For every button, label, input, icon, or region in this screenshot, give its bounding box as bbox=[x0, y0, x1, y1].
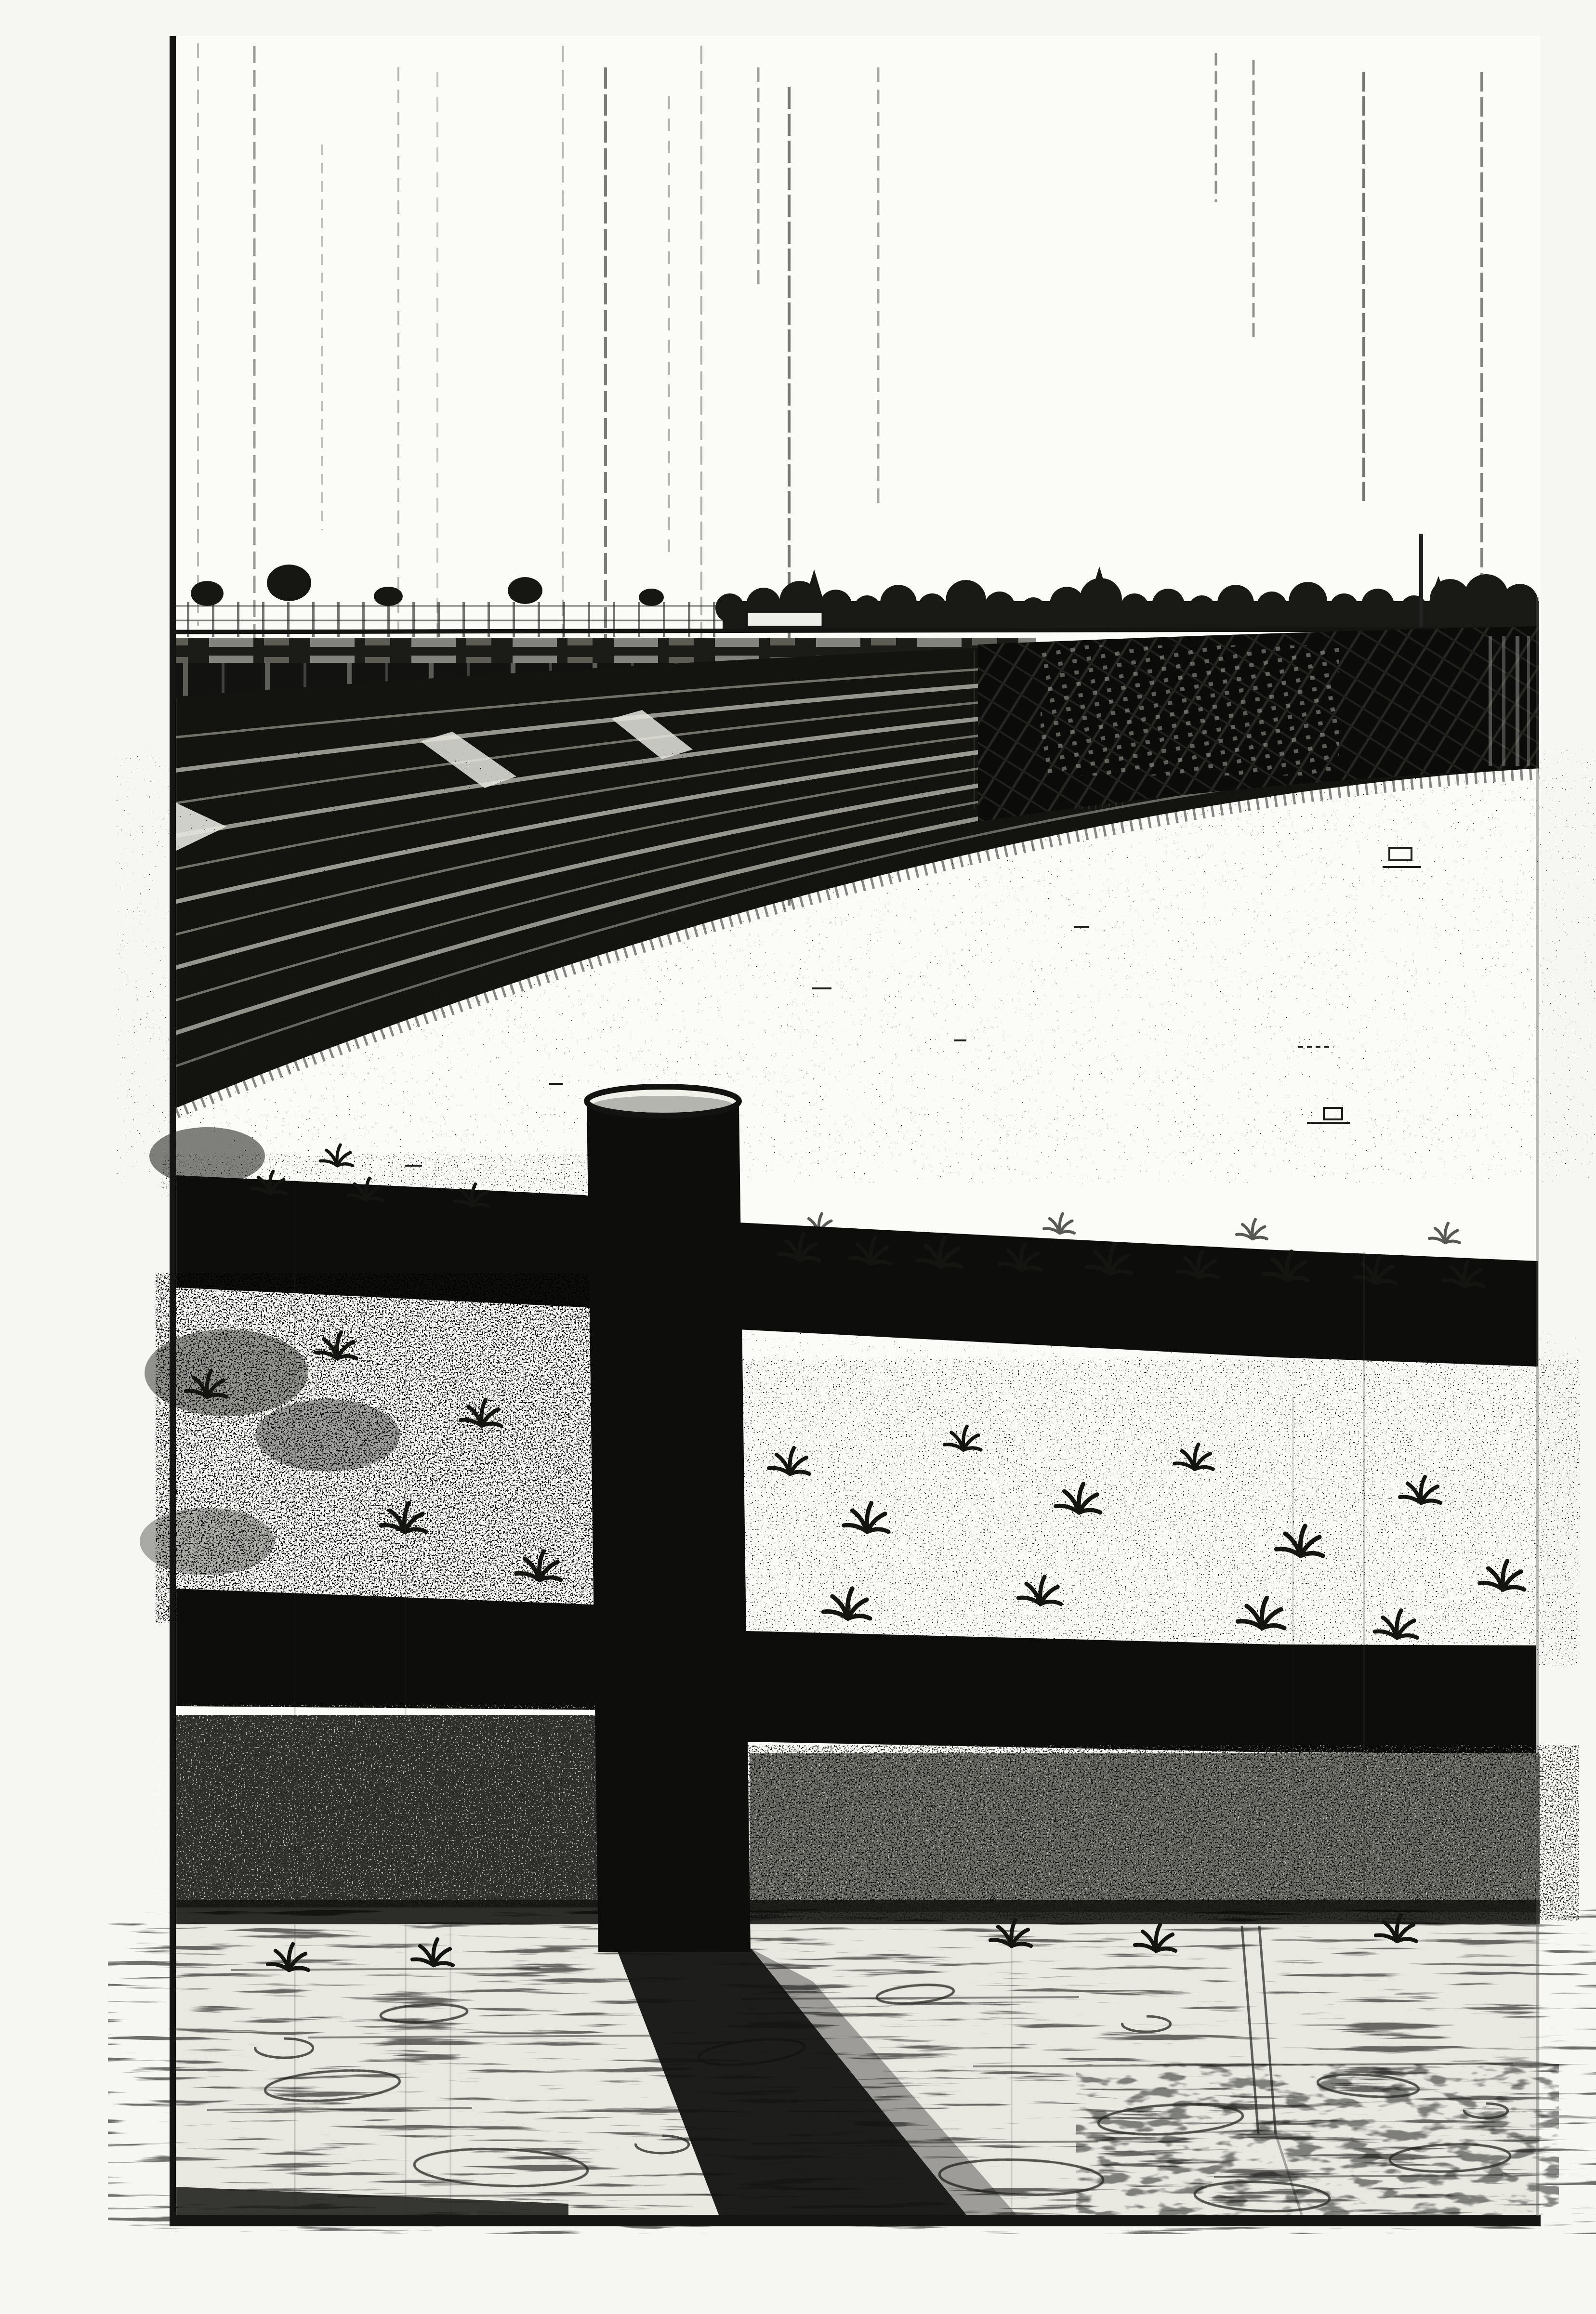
panel-border-right bbox=[1536, 597, 1539, 2216]
fence-post-cap-shading bbox=[593, 1096, 733, 1114]
wall-slat-gaps bbox=[1041, 645, 1339, 776]
grass-mid-right bbox=[745, 1334, 1540, 1378]
flood-pole bbox=[1419, 534, 1423, 628]
panel-border-left bbox=[170, 36, 176, 2225]
illustration-canvas bbox=[0, 0, 1596, 2314]
panel-border-bottom bbox=[170, 2215, 1541, 2226]
scanned-page bbox=[0, 0, 1596, 2314]
fence-post bbox=[587, 1087, 751, 1952]
fence-post-body bbox=[587, 1106, 751, 1952]
infield bbox=[183, 766, 1537, 1166]
horizon-sign bbox=[747, 612, 823, 627]
grass-pavement-edge bbox=[176, 1900, 1540, 1925]
grass-clump bbox=[149, 1127, 265, 1185]
